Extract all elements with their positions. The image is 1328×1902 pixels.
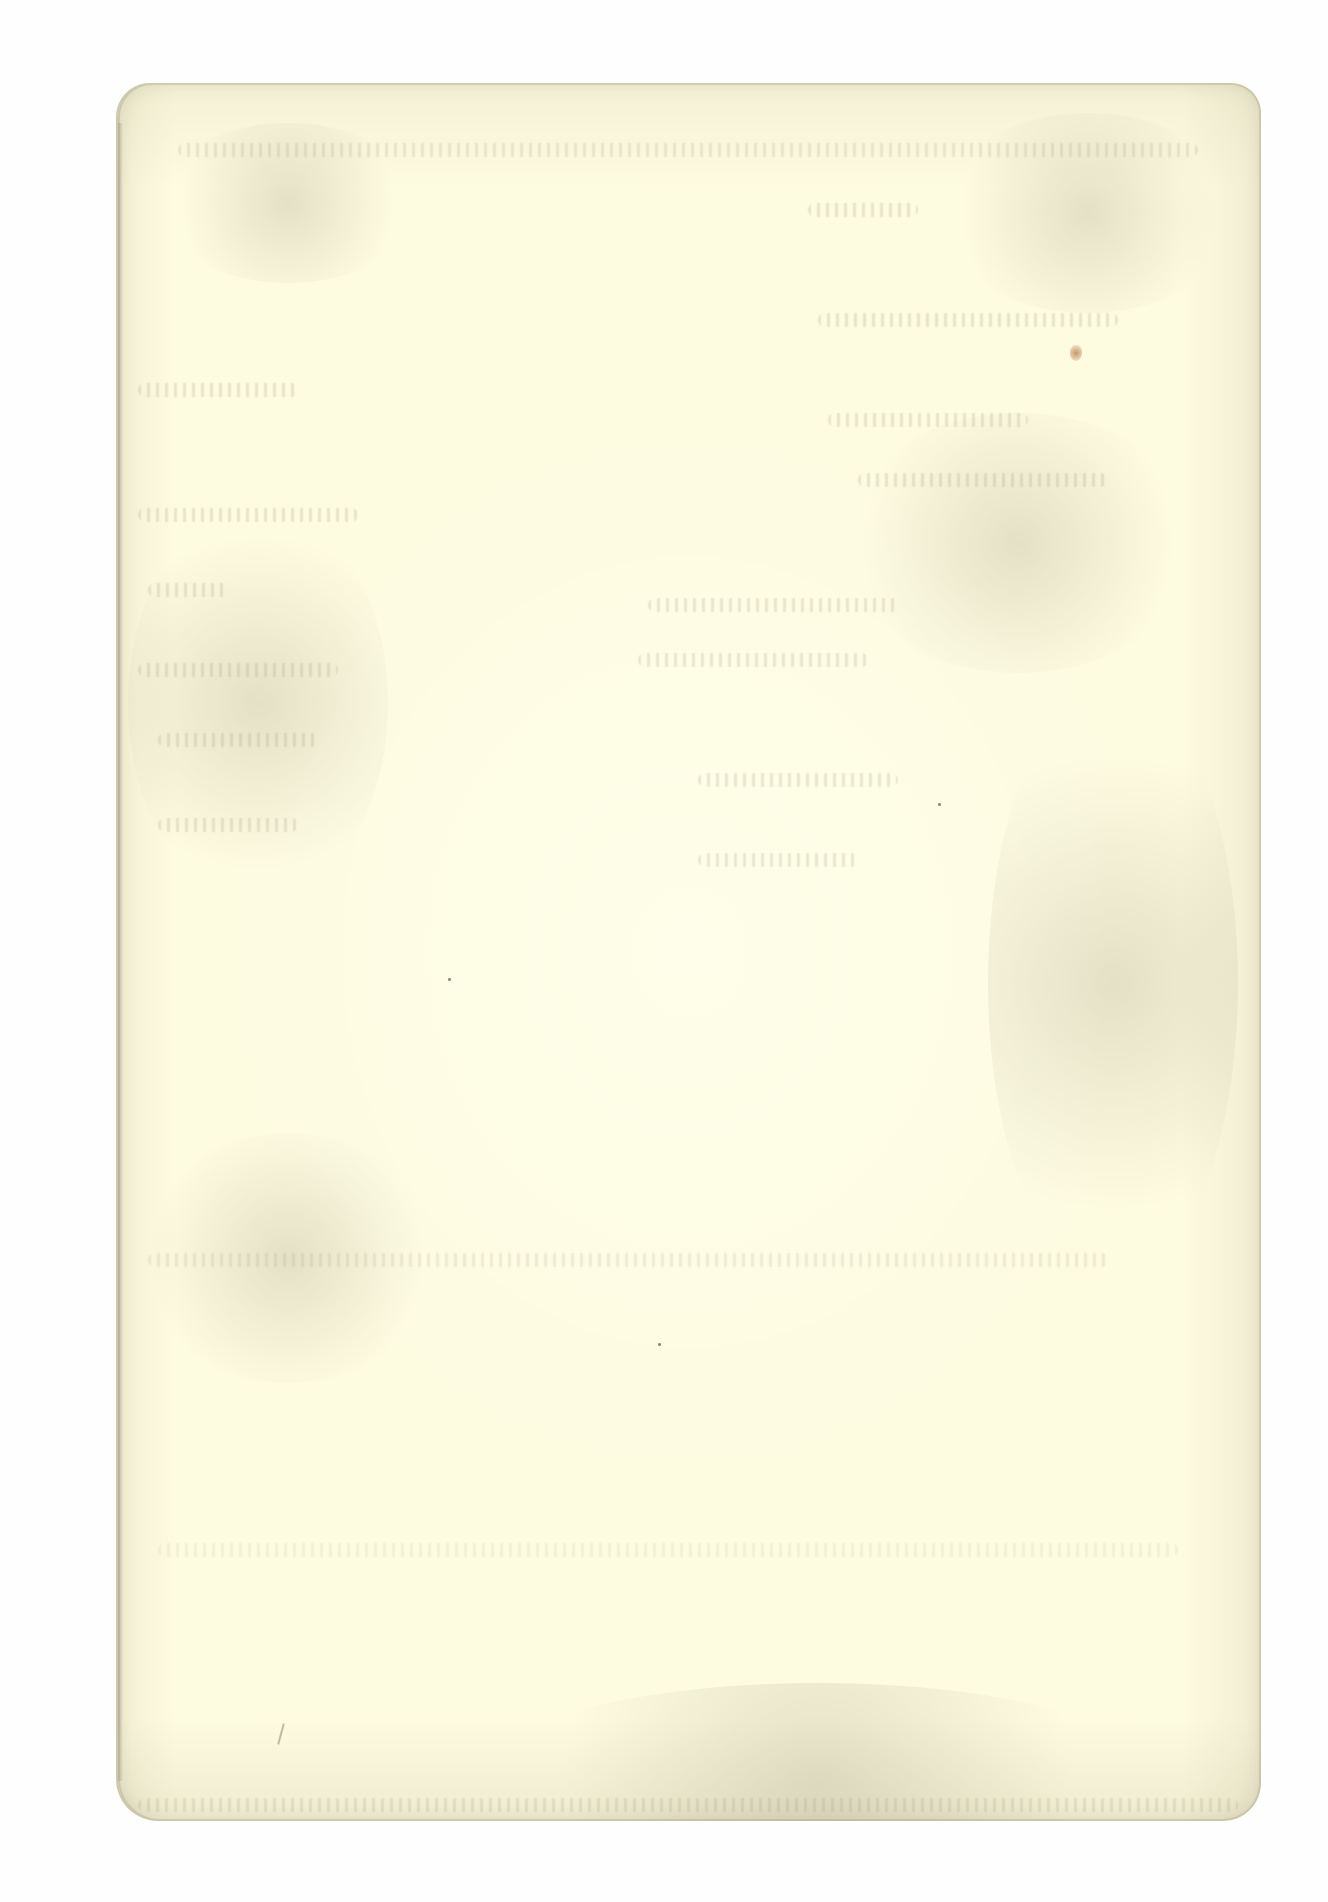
foxing-mark bbox=[138, 1133, 438, 1383]
stain-band bbox=[138, 383, 298, 397]
foxing-mark bbox=[158, 123, 418, 283]
foxing-mark bbox=[468, 1683, 1168, 1821]
foxing-mark bbox=[988, 683, 1238, 1283]
foxing-mark bbox=[128, 503, 388, 903]
stain-band bbox=[818, 313, 1118, 327]
stain-band bbox=[638, 653, 868, 667]
scratch-mark bbox=[277, 1723, 285, 1745]
card-worn-edge bbox=[118, 123, 123, 1781]
speck bbox=[658, 1343, 661, 1346]
speck bbox=[938, 803, 941, 806]
foxing-mark bbox=[938, 113, 1238, 313]
speck bbox=[448, 978, 451, 981]
stain-band bbox=[698, 773, 898, 787]
stain-band bbox=[808, 203, 918, 217]
foxing-mark bbox=[838, 413, 1198, 673]
stain-band bbox=[698, 853, 858, 867]
rust-spot bbox=[1070, 345, 1082, 361]
stain-band bbox=[158, 1543, 1178, 1557]
card-back bbox=[118, 83, 1261, 1821]
